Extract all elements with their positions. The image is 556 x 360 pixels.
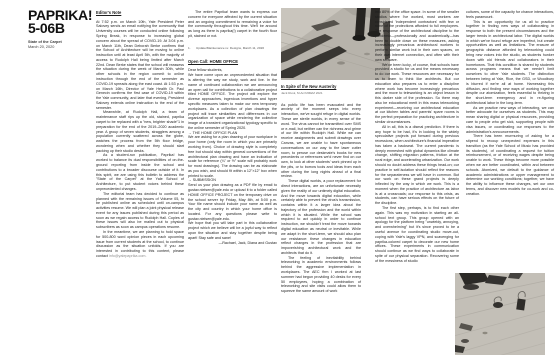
essay-paragraph: into 80% of the office space. In some of… bbox=[375, 10, 459, 63]
essay-paragraph: All in all, this is a dismal prediction.… bbox=[375, 125, 459, 206]
newsprint-page: PAPRIKA! 5-06B State of the Carpet March… bbox=[0, 0, 556, 360]
essay-paragraph: There has been murmuring of asking for a… bbox=[466, 134, 554, 196]
essay-byline: Jack Rusk, M.Arch/MEM 2021 bbox=[281, 91, 361, 95]
footnote-text: Update/Maintenance re: Designs, March 11… bbox=[196, 46, 264, 50]
issue-date: March 20, 2020 bbox=[28, 45, 92, 50]
essay-paragraph: We've been lucky, of course, that school… bbox=[375, 63, 459, 125]
editors-note-paragraph: Meanwhile, at Rudolph Hall, a team of ma… bbox=[96, 110, 184, 153]
column-essay-end: cultures, some of the capacity for chanc… bbox=[466, 10, 554, 196]
masthead: PAPRIKA! 5-06B State of the Carpet March… bbox=[28, 9, 92, 51]
essay-paragraph: As public life has been evacuated and th… bbox=[281, 103, 361, 180]
editors-note-heading: Editor's Note bbox=[96, 10, 184, 15]
column-essay-start: In Spite of the New Austerity Jack Rusk,… bbox=[281, 84, 361, 294]
column-editors-note: Editor's Note At 7:52 p.m. on March 10th… bbox=[96, 10, 184, 259]
submission-body: Send us your plan drawing as a PDF file … bbox=[188, 183, 277, 221]
open-call-heading: Open Call: HOME OFFICE bbox=[188, 59, 277, 64]
essay-paragraph: The first step, perhaps, is to find each… bbox=[375, 206, 459, 263]
essay-paragraph: These digital worlds, a poor replacement… bbox=[281, 179, 361, 256]
footnote-number: 1. bbox=[188, 46, 196, 50]
editors-note-paragraph: In the meantime, we are planning to hold… bbox=[96, 230, 184, 259]
essay-paragraph: The feeling of inevitability behind tele… bbox=[281, 256, 361, 294]
editors-note-paragraph: The editorial team has decided to contin… bbox=[96, 192, 184, 230]
column-essay-middle: into 80% of the office space. In some of… bbox=[375, 10, 459, 263]
open-call-signoff: —Rachael, Jack, Diana and Gustav bbox=[188, 241, 277, 246]
essay-paragraph: This is an opportunity for us all to pra… bbox=[466, 20, 554, 106]
editors-note-paragraph: The entire Paprika! team wants to expres… bbox=[188, 10, 277, 39]
open-call-closing: We hope that you will take part in this … bbox=[188, 221, 277, 240]
carpet-removal-photo bbox=[281, 8, 390, 80]
essay-title: In Spite of the New Austerity bbox=[281, 84, 361, 89]
footnote: 1. Update/Maintenance re: Designs, March… bbox=[188, 46, 277, 50]
home-office-plan-body: We are asking for a plan drawing of your… bbox=[188, 135, 277, 178]
publication-title-line2: 5-06B bbox=[28, 22, 92, 35]
column-open-call: The entire Paprika! team wants to expres… bbox=[188, 10, 277, 245]
contact-email: info@yalepaprika.com. bbox=[109, 254, 147, 258]
editors-note-paragraph: At 7:52 p.m. on March 10th, Yale Preside… bbox=[96, 20, 184, 111]
open-call-intro: We have come upon an unprecedented situa… bbox=[188, 73, 277, 130]
bare-floor-photo bbox=[455, 273, 545, 355]
editors-note-paragraph: As a student-run publication, Paprika! h… bbox=[96, 153, 184, 191]
essay-paragraph: As we practice new ways of interacting, … bbox=[466, 106, 554, 135]
essay-paragraph: cultures, some of the capacity for chanc… bbox=[466, 10, 554, 20]
